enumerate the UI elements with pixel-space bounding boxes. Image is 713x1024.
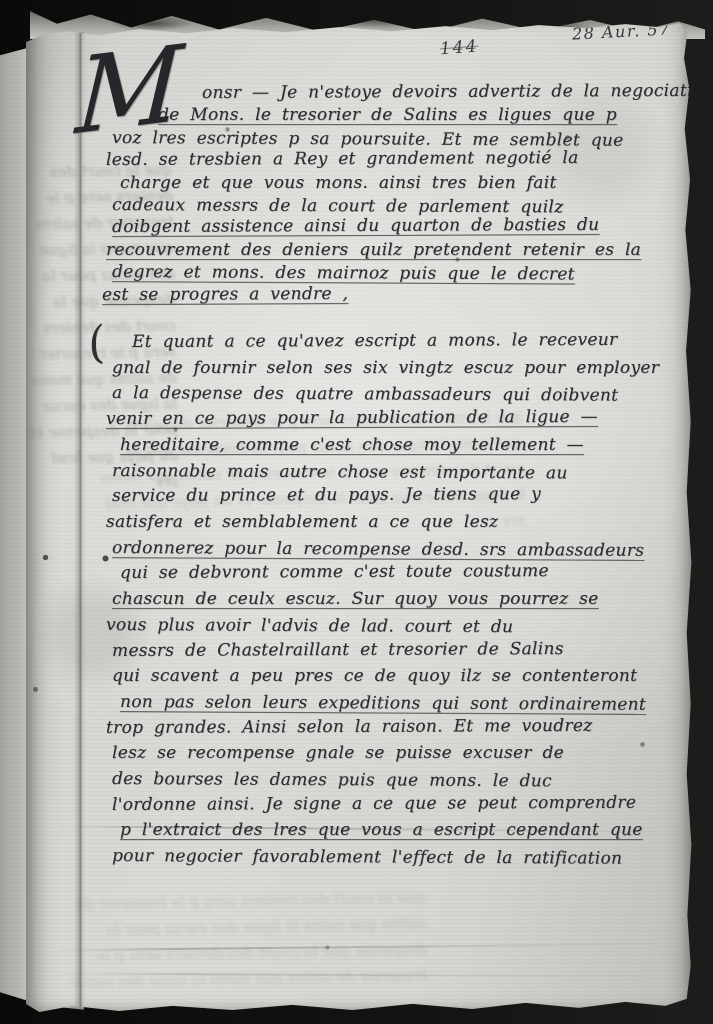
paragraph: onsr — Je n'estoye devoirs advertiz de l… bbox=[98, 82, 664, 306]
manuscript-line: onsr — Je n'estoye devoirs advertiz de l… bbox=[202, 80, 664, 104]
manuscript-page: que la court des deniers sera p le treso… bbox=[26, 8, 692, 1016]
manuscript-line: de Mons. le tresorier de Salins es ligue… bbox=[158, 104, 664, 126]
manuscript-line: qui scavent a peu pres ce de quoy ilz se… bbox=[112, 664, 664, 690]
ink-specks bbox=[26, 8, 29, 11]
manuscript-line: l'ordonne ainsi. Je signe a ce que se pe… bbox=[112, 790, 664, 818]
manuscript-line: qui se debvront comme c'est toute coustu… bbox=[120, 559, 664, 587]
manuscript-line: charge et que vous mons. ainsi tres bien… bbox=[120, 172, 664, 194]
paper-crease bbox=[56, 943, 672, 951]
manuscript-line: messrs de Chastelraillant et tresorier d… bbox=[112, 636, 664, 664]
gutter-crease bbox=[74, 8, 86, 1016]
manuscript-line: hereditaire, comme c'est chose moy telle… bbox=[120, 433, 664, 459]
bleed-through-text: que la court des deniers sera p le treso… bbox=[65, 884, 427, 1002]
paragraph: Et quant a ce qu'avez escript a mons. le… bbox=[98, 330, 664, 870]
manuscript-line: recouvrement des deniers quilz pretenden… bbox=[106, 239, 664, 261]
manuscript-line: trop grandes. Ainsi selon la raison. Et … bbox=[106, 713, 664, 741]
manuscript-line: pour negocier favorablement l'effect de … bbox=[112, 844, 664, 873]
manuscript-line: lesd. se tresbien a Rey et grandement ne… bbox=[106, 147, 664, 172]
manuscript-line: satisfera et semblablement a ce que lesz bbox=[106, 510, 664, 536]
manuscript-line: lesz se recompense gnale se puisse excus… bbox=[112, 741, 664, 767]
manuscript-line: p l'extraict des lres que vous a escript… bbox=[120, 818, 664, 844]
manuscript-line: Et quant a ce qu'avez escript a mons. le… bbox=[132, 328, 664, 356]
folio-number: 144 bbox=[439, 37, 479, 60]
manuscript-line: venir en ce pays pour la publication de … bbox=[106, 405, 664, 433]
text-block: onsr — Je n'estoye devoirs advertiz de l… bbox=[98, 82, 664, 870]
paper-crease bbox=[56, 972, 672, 977]
manuscript-line: est se progres a vendre , bbox=[102, 281, 664, 306]
manuscript-line: service du prince et du pays. Je tiens q… bbox=[112, 482, 664, 510]
manuscript-line: doibgent assistence ainsi du quarton de … bbox=[112, 214, 664, 239]
manuscript-line: gnal de fournir selon ses six vingtz esc… bbox=[112, 356, 664, 382]
manuscript-line: chascun de ceulx escuz. Sur quoy vous po… bbox=[112, 587, 664, 613]
photo-backdrop: que la court des deniers sera p le treso… bbox=[0, 0, 713, 1024]
